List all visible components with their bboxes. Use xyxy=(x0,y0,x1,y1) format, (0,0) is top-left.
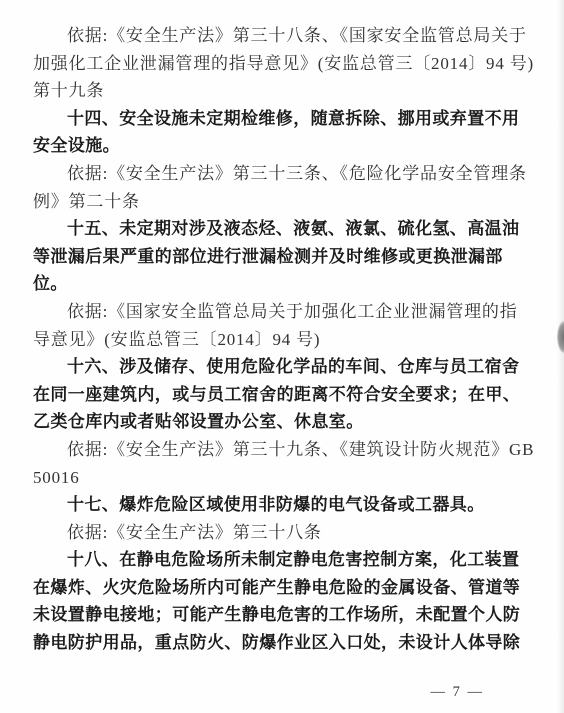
text-line: 乙类仓库内或者贴邻设置办公室、休息室。 xyxy=(33,408,503,436)
page-number: — 7 — xyxy=(431,684,485,701)
text-line: 位。 xyxy=(33,270,503,298)
text-line: 依据:《国家安全监管总局关于加强化工企业泄漏管理的指 xyxy=(33,298,503,326)
text-line: 依据:《安全生产法》第三十三条、《危险化学品安全管理条 xyxy=(33,160,503,188)
text-line: 等泄漏后果严重的部位进行泄漏检测并及时维修或更换泄漏部 xyxy=(33,243,503,271)
text-line: 依据:《安全生产法》第三十八条、《国家安全监管总局关于 xyxy=(33,22,503,50)
scan-edge-shadow xyxy=(557,0,564,713)
text-line: 十八、在静电危险场所未制定静电危害控制方案，化工装置 xyxy=(33,546,503,574)
text-line: 十五、未定期对涉及液态烃、液氨、液氯、硫化氢、高温油 xyxy=(33,215,503,243)
text-line: 依据:《安全生产法》第三十八条 xyxy=(33,519,503,547)
text-line: 十七、爆炸危险区域使用非防爆的电气设备或工器具。 xyxy=(33,491,503,519)
text-line: 50016 xyxy=(33,464,503,492)
document-body: 依据:《安全生产法》第三十八条、《国家安全监管总局关于加强化工企业泄漏管理的指导… xyxy=(33,22,503,657)
document-page: 依据:《安全生产法》第三十八条、《国家安全监管总局关于加强化工企业泄漏管理的指导… xyxy=(0,0,564,713)
scan-artifact-blob xyxy=(557,321,564,353)
text-line: 导意见》(安监总管三〔2014〕94 号) xyxy=(33,326,503,354)
text-line: 例》第二十条 xyxy=(33,188,503,216)
text-line: 静电防护用品，重点防火、防爆作业区入口处，未设计人体导除 xyxy=(33,629,503,657)
text-line: 未设置静电接地；可能产生静电危害的工作场所，未配置个人防 xyxy=(33,601,503,629)
text-line: 十六、涉及储存、使用危险化学品的车间、仓库与员工宿舍 xyxy=(33,353,503,381)
text-line: 安全设施。 xyxy=(33,132,503,160)
text-line: 十四、安全设施未定期检维修，随意拆除、挪用或弃置不用 xyxy=(33,105,503,133)
text-line: 在爆炸、火灾危险场所内可能产生静电危险的金属设备、管道等 xyxy=(33,574,503,602)
text-line: 在同一座建筑内，或与员工宿舍的距离不符合安全要求；在甲、 xyxy=(33,381,503,409)
text-line: 依据:《安全生产法》第三十九条、《建筑设计防火规范》GB xyxy=(33,436,503,464)
text-line: 加强化工企业泄漏管理的指导意见》(安监总管三〔2014〕94 号) xyxy=(33,50,503,78)
text-line: 第十九条 xyxy=(33,77,503,105)
